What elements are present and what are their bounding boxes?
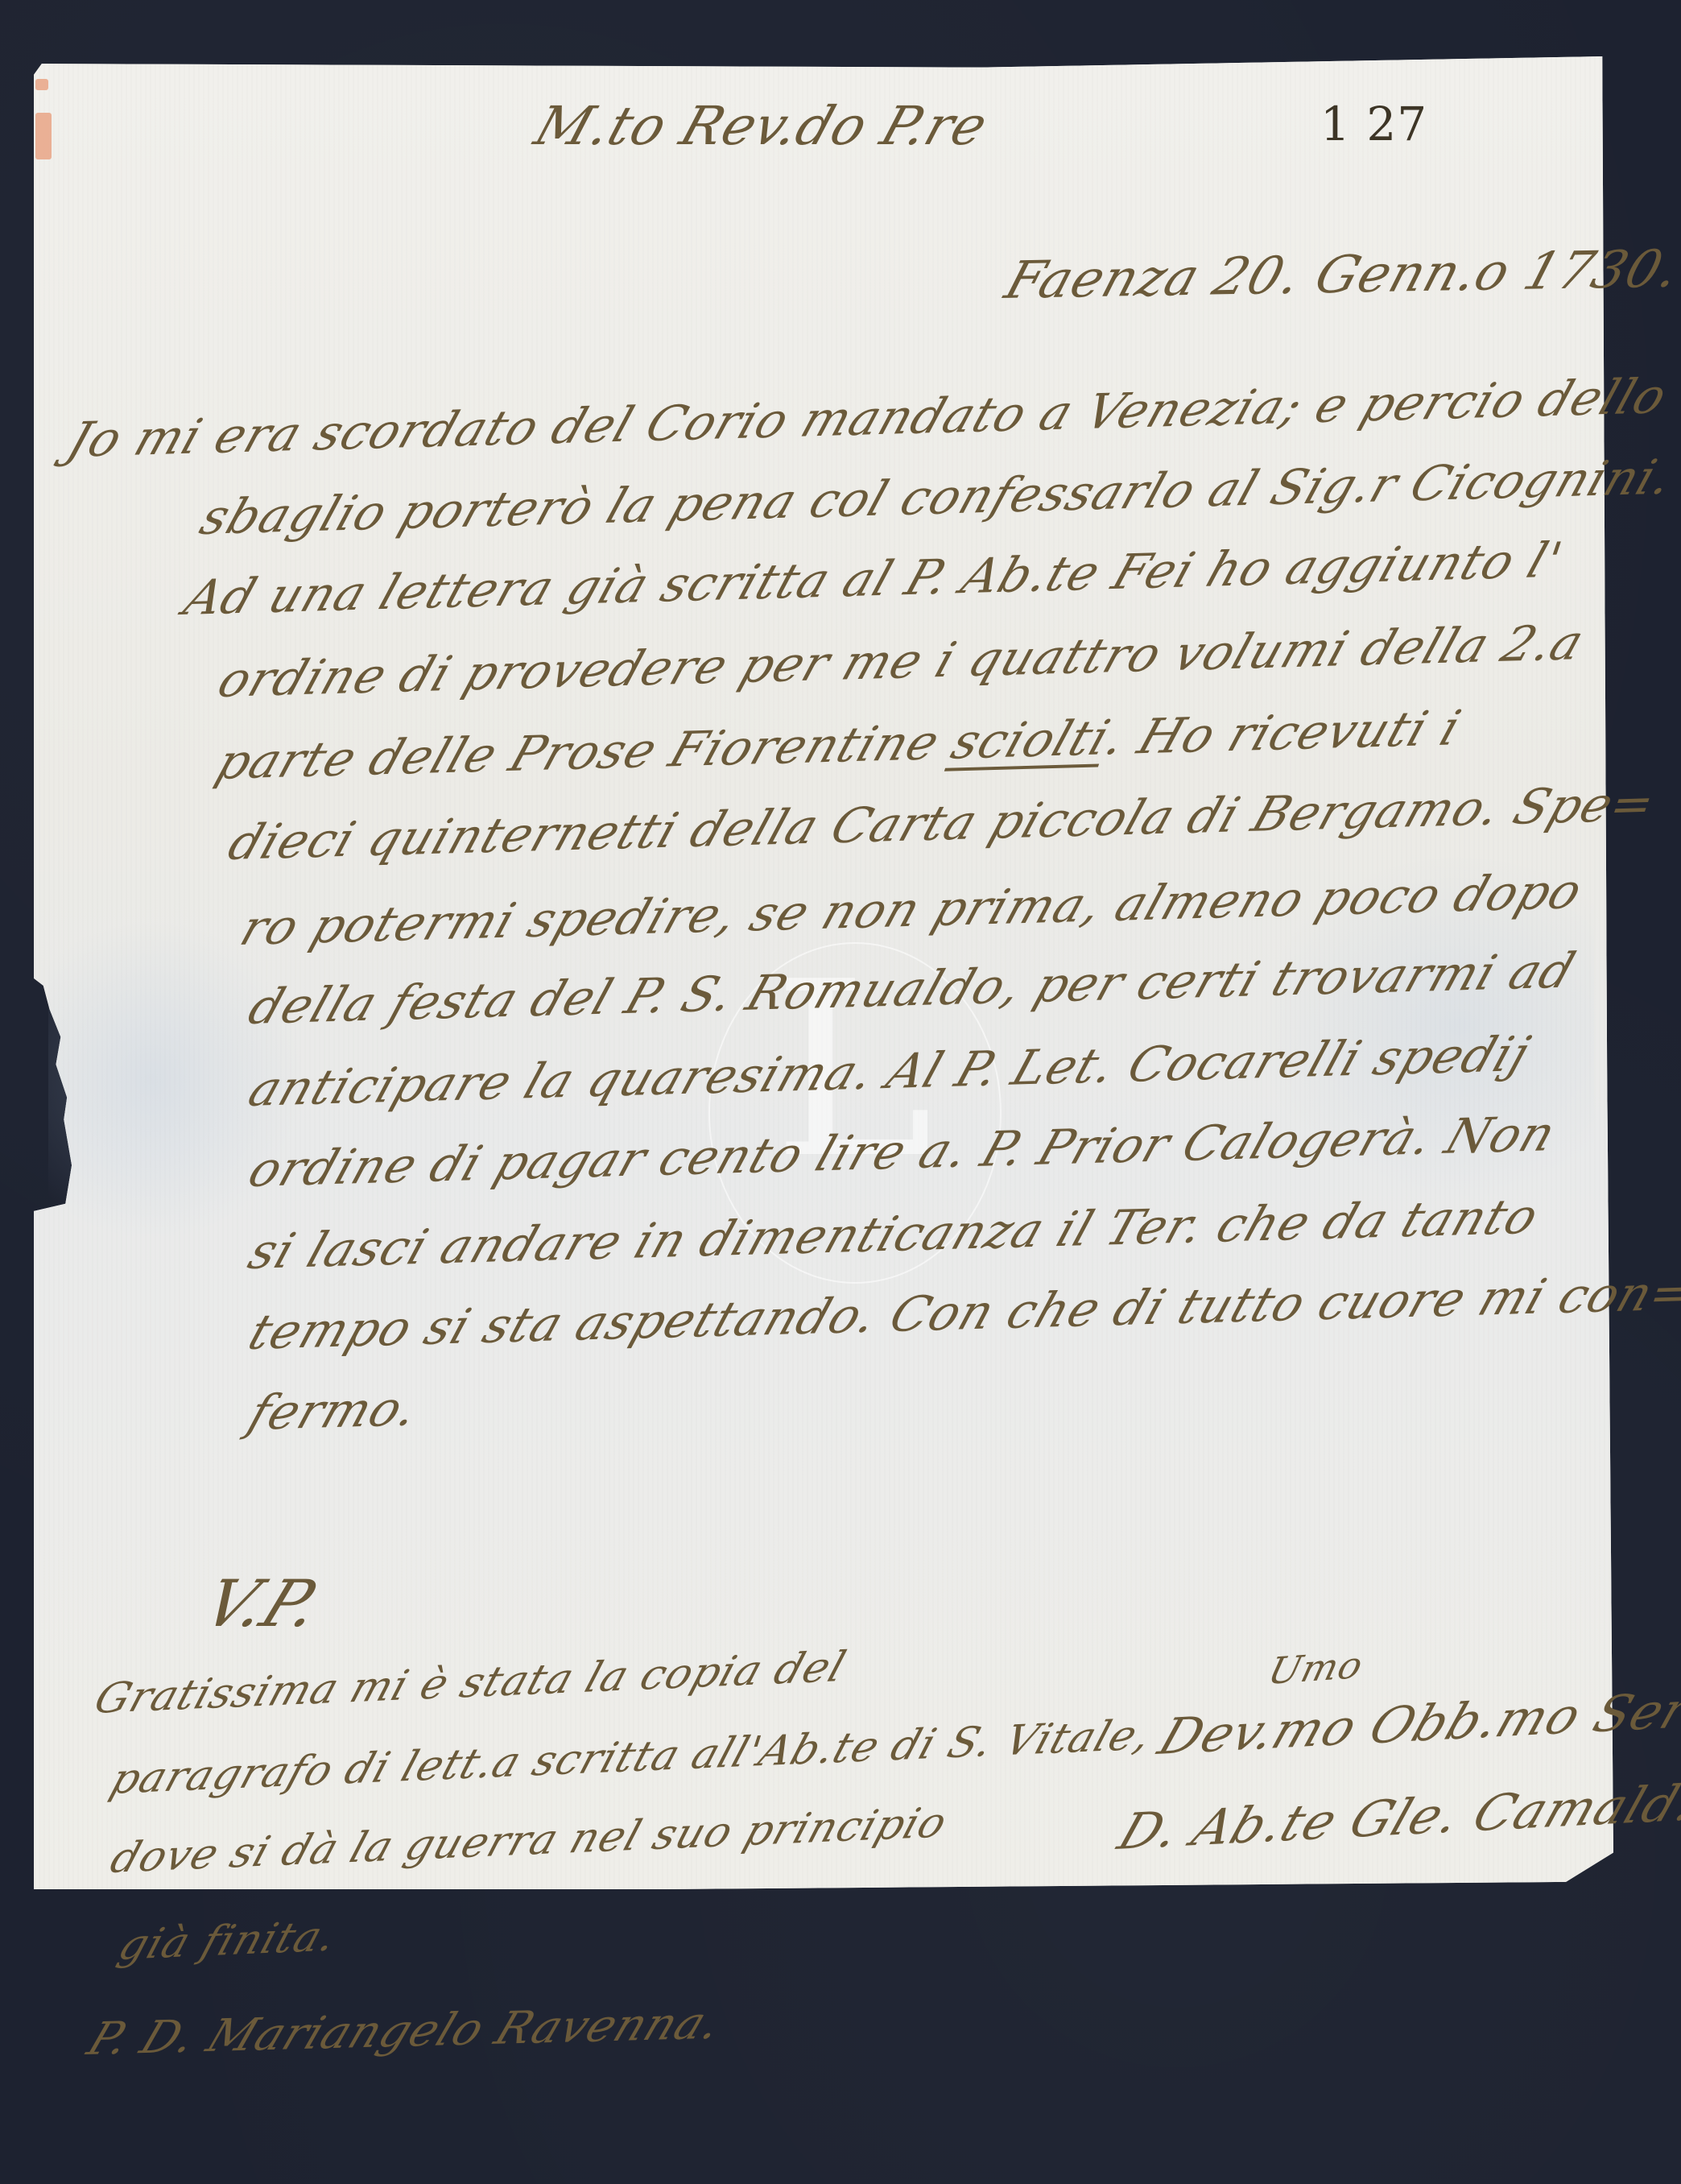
folio-number: 1 27 — [1320, 97, 1427, 151]
salutation: M.to Rev.do P.re — [527, 95, 996, 157]
seal-wax-fragment — [35, 113, 52, 159]
seal-wax-fragment — [35, 79, 48, 90]
closing-superscript: Umo — [1264, 1643, 1368, 1693]
addressee: P. D. Mariangelo Ravenna. — [81, 1997, 729, 2066]
underlined-word: sciolti — [944, 709, 1117, 770]
body-line: fermo. — [242, 1380, 426, 1442]
postscript-line: già finita. — [113, 1913, 343, 1970]
dateline: Faenza 20. Genn.o 1730. — [998, 240, 1681, 311]
